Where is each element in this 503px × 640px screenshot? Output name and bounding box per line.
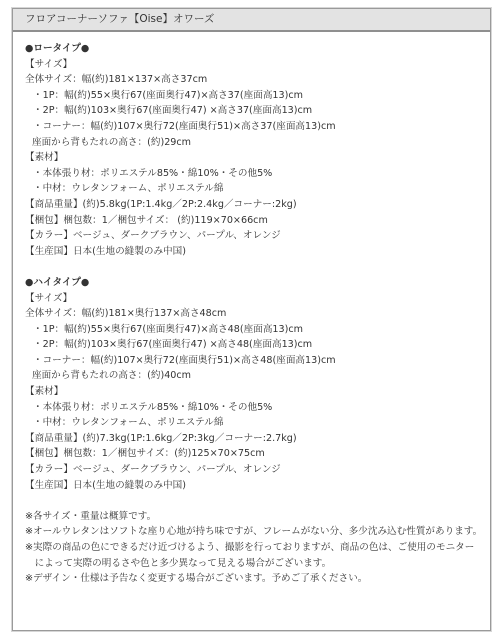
country-of-origin: 【生産国】日本(生地の縫製のみ中国) xyxy=(25,244,490,260)
note-urethane: ※オールウレタンはソフトな座り心地が持ち味ですが、フレームがない分、多少沈み込む… xyxy=(25,524,490,540)
material-cover: ・本体張り材：ポリエステル85%・綿10%・その他5% xyxy=(25,166,490,182)
product-weight: 【商品重量】(約)5.8kg(1P:1.4kg／2P:2.4kg／コーナー:2k… xyxy=(25,197,490,213)
material-filling: ・中材：ウレタンフォーム、ポリエステル綿 xyxy=(25,181,490,197)
part-size-1p: ・1P：幅(約)55×奥行67(座面奥行47)×高さ37(座面高13)cm xyxy=(25,88,490,104)
note-approximate: ※各サイズ・重量は概算です。 xyxy=(25,509,490,525)
size-label: 【サイズ】 xyxy=(25,57,490,73)
part-size-2p: ・2P：幅(約)103×奥行67(座面奥行47) ×高さ37(座面高13)cm xyxy=(25,103,490,119)
panel-title: フロアコーナーソファ【Oise】オワーズ xyxy=(13,9,490,32)
size-label: 【サイズ】 xyxy=(25,291,490,307)
part-size-2p: ・2P：幅(約)103×奥行67(座面奥行47) ×高さ48(座面高13)cm xyxy=(25,337,490,353)
product-weight: 【商品重量】(約)7.3kg(1P:1.6kg／2P:3kg／コーナー:2.7k… xyxy=(25,431,490,447)
material-cover: ・本体張り材：ポリエステル85%・綿10%・その他5% xyxy=(25,400,490,416)
note-design-change: ※デザイン・仕様は予告なく変更する場合がございます。予めご了承ください。 xyxy=(25,571,490,587)
part-size-corner: ・コーナー：幅(約)107×奥行72(座面奥行51)×高さ37(座面高13)cm xyxy=(25,119,490,135)
spec-content: ●ロータイプ● 【サイズ】 全体サイズ：幅(約)181×137×高さ37cm ・… xyxy=(13,32,490,587)
back-height: 座面から背もたれの高さ：(約)29cm xyxy=(25,135,490,151)
overall-size: 全体サイズ：幅(約)181×137×高さ37cm xyxy=(25,72,490,88)
low-type-section: ●ロータイプ● 【サイズ】 全体サイズ：幅(約)181×137×高さ37cm ・… xyxy=(25,41,490,259)
note-color-continued: によって実際の明るさや色と多少異なって見える場合がございます。 xyxy=(25,556,490,572)
color-options: 【カラー】ベージュ、ダークブラウン、パープル、オレンジ xyxy=(25,228,490,244)
section-spacer xyxy=(25,493,490,509)
note-color: ※実際の商品の色にできるだけ近づけるよう、撮影を行っておりますが、商品の色は、ご… xyxy=(25,540,490,556)
low-type-heading: ●ロータイプ● xyxy=(25,41,490,57)
high-type-heading: ●ハイタイプ● xyxy=(25,275,490,291)
material-label: 【素材】 xyxy=(25,150,490,166)
high-type-section: ●ハイタイプ● 【サイズ】 全体サイズ：幅(約)181×奥行137×高さ48cm… xyxy=(25,275,490,493)
product-spec-panel: フロアコーナーソファ【Oise】オワーズ ●ロータイプ● 【サイズ】 全体サイズ… xyxy=(12,8,491,631)
material-label: 【素材】 xyxy=(25,384,490,400)
overall-size: 全体サイズ：幅(約)181×奥行137×高さ48cm xyxy=(25,306,490,322)
country-of-origin: 【生産国】日本(生地の縫製のみ中国) xyxy=(25,478,490,494)
color-options: 【カラー】ベージュ、ダークブラウン、パープル、オレンジ xyxy=(25,462,490,478)
notes-section: ※各サイズ・重量は概算です。 ※オールウレタンはソフトな座り心地が持ち味ですが、… xyxy=(25,509,490,587)
part-size-1p: ・1P：幅(約)55×奥行67(座面奥行47)×高さ48(座面高13)cm xyxy=(25,322,490,338)
back-height: 座面から背もたれの高さ：(約)40cm xyxy=(25,368,490,384)
section-spacer xyxy=(25,259,490,275)
part-size-corner: ・コーナー：幅(約)107×奥行72(座面奥行51)×高さ48(座面高13)cm xyxy=(25,353,490,369)
packing-info: 【梱包】梱包数：1／梱包サイズ： (約)119×70×66cm xyxy=(25,213,490,229)
material-filling: ・中材：ウレタンフォーム、ポリエステル綿 xyxy=(25,415,490,431)
packing-info: 【梱包】梱包数：1／梱包サイズ：(約)125×70×75cm xyxy=(25,446,490,462)
